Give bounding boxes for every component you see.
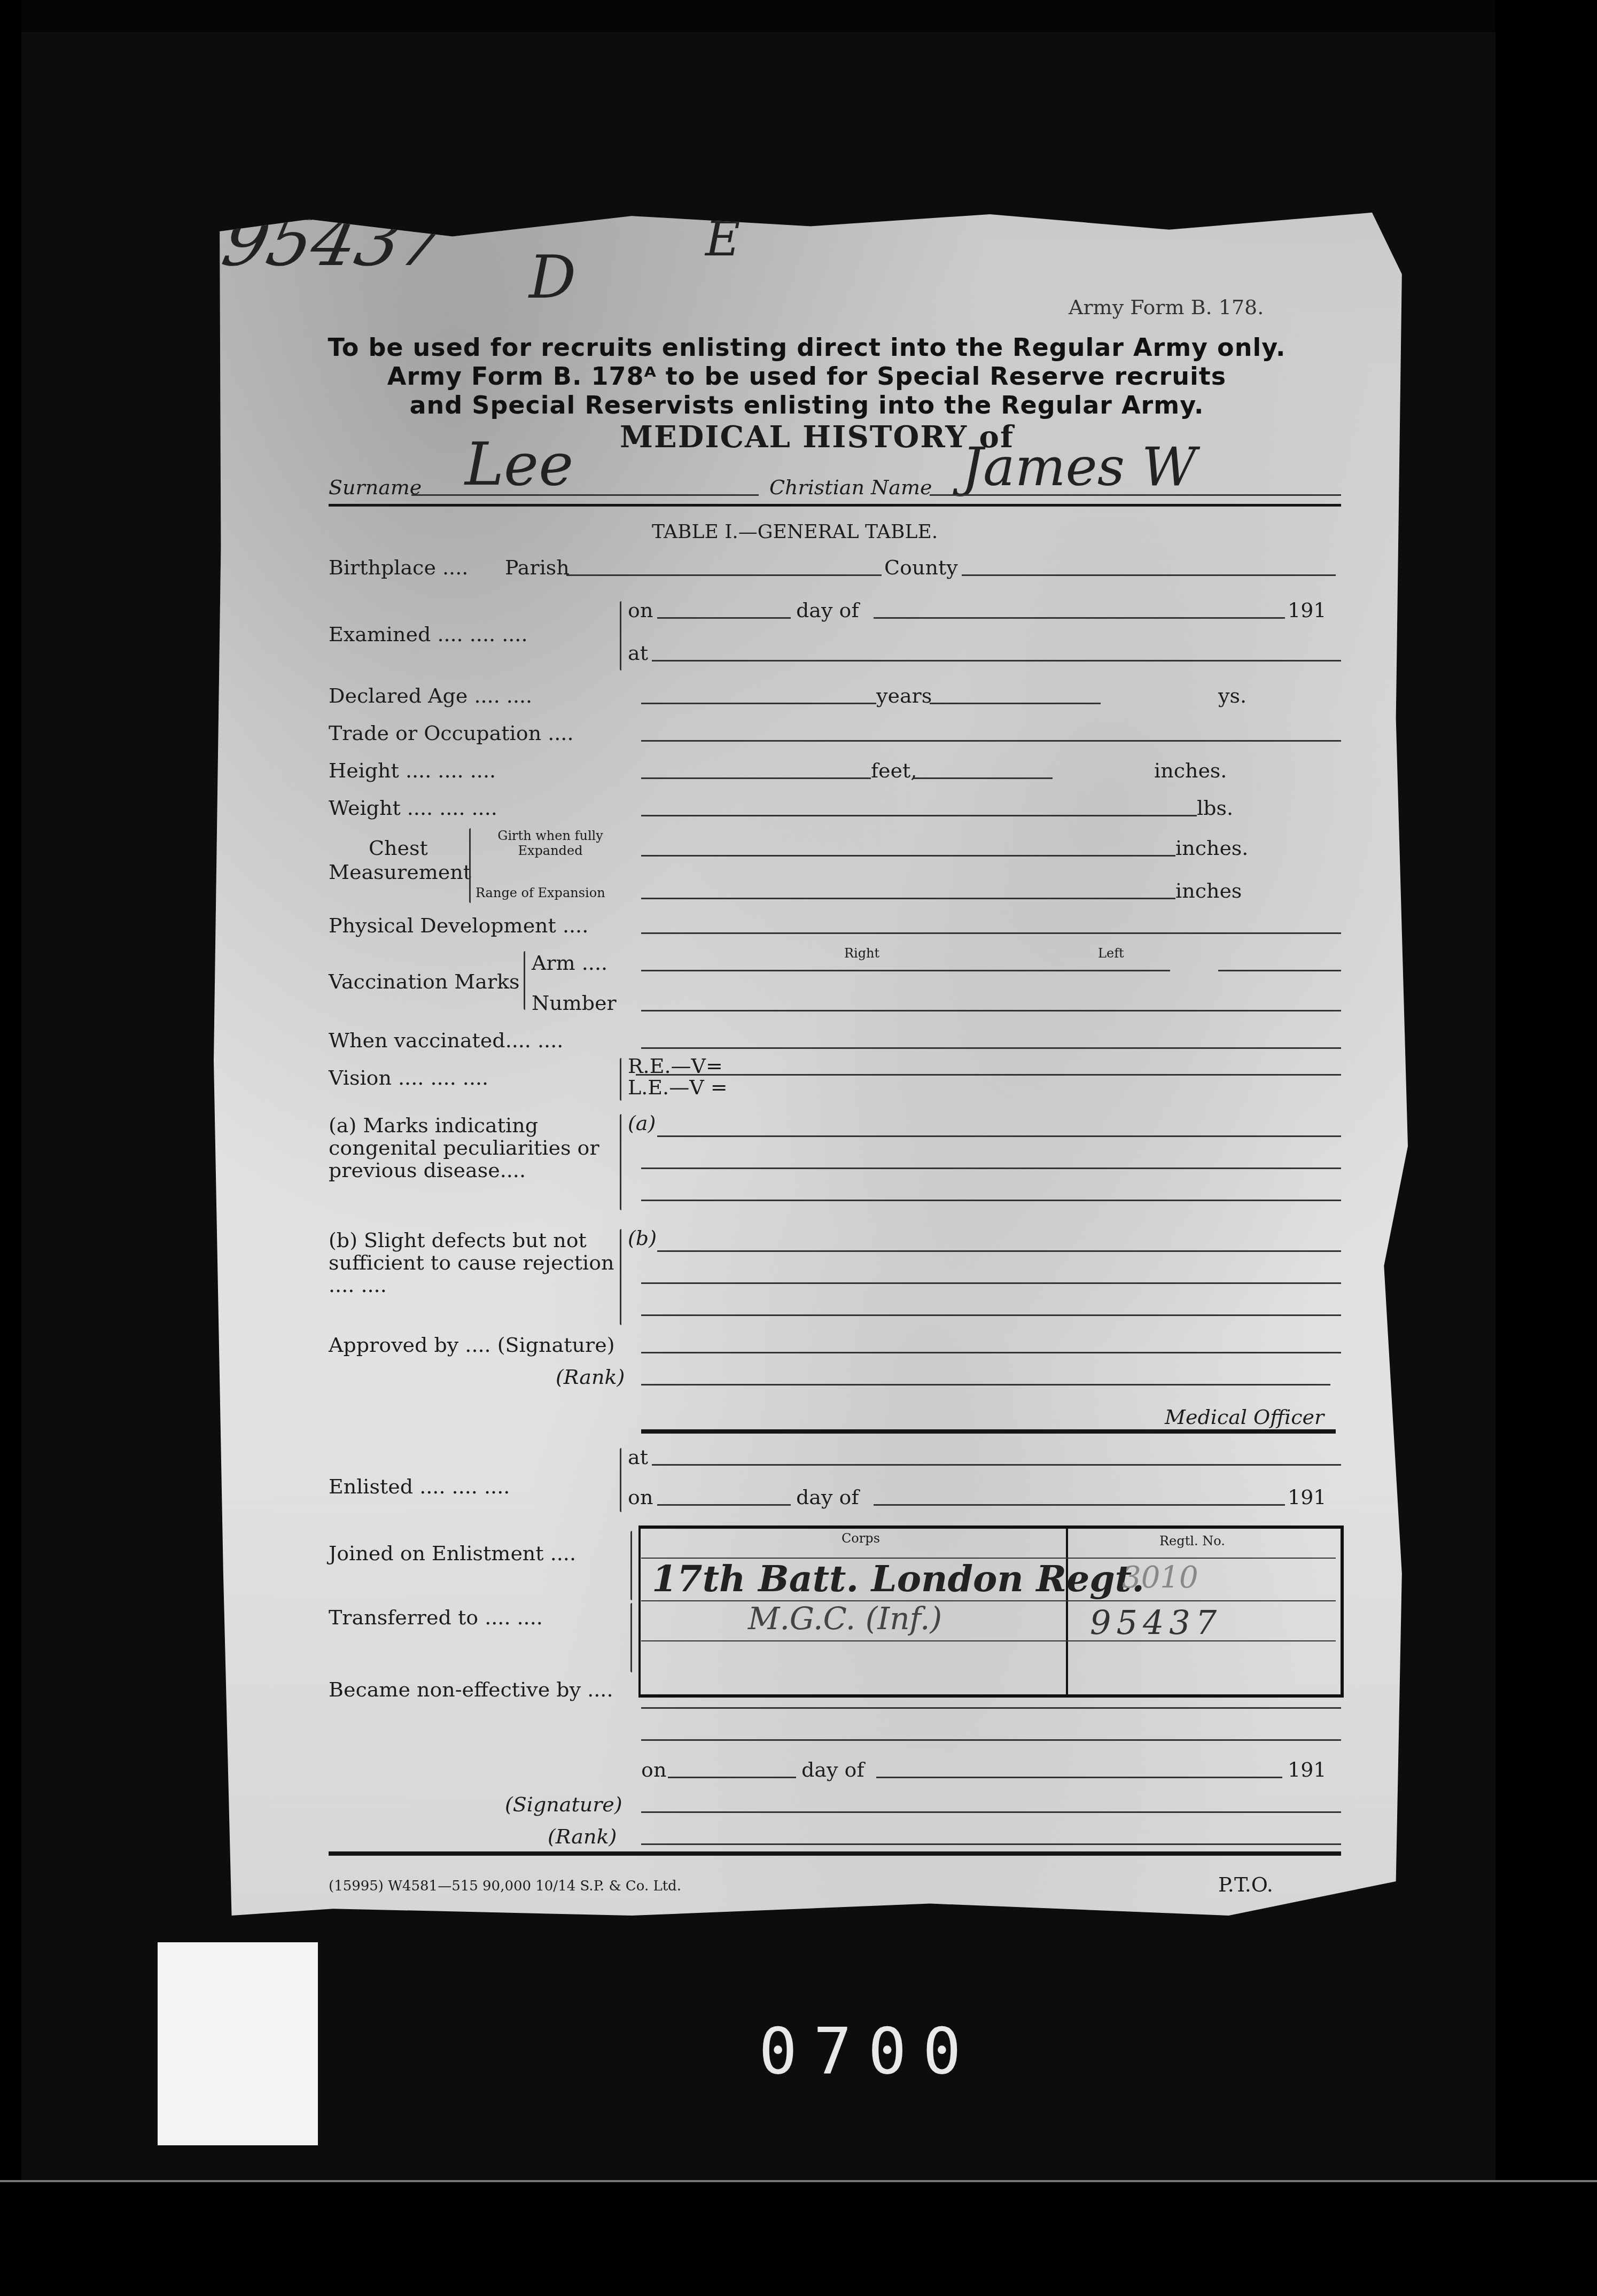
defects-label: (b) Slight defects but not sufficient to… [329,1229,628,1296]
trade-field[interactable] [641,740,1341,742]
weight-label: Weight .... .... .... [329,796,497,820]
arm-label: Arm .... [532,951,607,975]
non-effective-day-of-label: day of [801,1758,864,1781]
film-target-card [158,1942,318,2145]
notice-line-2: Army Form B. 178ᴬ to be used for Special… [272,362,1341,391]
vaccination-arm-left-field[interactable] [1218,970,1341,971]
medical-history-form: 95437 D E Army Form B. 178. To be used f… [214,206,1408,1916]
parish-label: Parish [505,556,570,579]
handwritten-letter-d: D [529,243,576,312]
enlisted-on-label: on [628,1485,653,1509]
marks-label: (a) Marks indicating congenital peculiar… [329,1114,628,1181]
christian-name-label: Christian Name [769,476,932,499]
physical-development-label: Physical Development .... [329,914,588,937]
chest-girth-field[interactable] [641,855,1175,857]
surname-line [411,494,759,496]
frame-number: 0700 [759,2014,977,2089]
non-effective-field-2[interactable] [641,1739,1341,1741]
birthplace-label: Birthplace .... [329,556,468,579]
form-number: Army Form B. 178. [1069,295,1264,319]
notice-line-3: and Special Reservists enlisting into th… [272,391,1341,419]
county-label: County [884,556,958,579]
film-border-top [0,0,1597,32]
examined-on-label: on [628,598,653,622]
enlisted-month-field[interactable] [874,1504,1285,1506]
approved-rank-label: (Rank) [556,1365,625,1389]
joined-brace [630,1531,632,1600]
non-effective-rank-field[interactable] [641,1843,1341,1845]
transferred-brace [630,1603,632,1672]
number-label: Number [532,991,617,1015]
pto-label: P.T.O. [1218,1873,1273,1896]
approved-by-label: Approved by .... (Signature) [329,1333,614,1357]
right-label: Right [844,946,879,961]
surname-label: Surname [329,476,422,499]
corps-table [638,1526,1344,1698]
marks-field-2[interactable] [641,1168,1341,1169]
film-border-left [0,0,21,2296]
examined-year-label: 191 [1288,598,1327,622]
approved-signature-field[interactable] [641,1352,1341,1353]
range-inches-label: inches [1175,879,1242,902]
enlisted-brace [620,1448,621,1512]
when-vaccinated-field[interactable] [641,1047,1341,1049]
parish-field[interactable] [566,574,882,576]
transferred-label: Transferred to .... .... [329,1606,543,1629]
enlisted-day-field[interactable] [657,1504,791,1506]
weight-field[interactable] [641,815,1197,816]
defects-field-2[interactable] [641,1282,1341,1284]
table-heading: TABLE I.—GENERAL TABLE. [652,521,938,543]
defects-marker: (b) [628,1226,657,1250]
header-divider [329,504,1341,507]
enlisted-day-of-label: day of [796,1485,859,1509]
christian-name-line [930,494,1341,496]
non-effective-month-field[interactable] [876,1777,1282,1778]
height-feet-field[interactable] [641,777,871,779]
non-effective-label: Became non-effective by .... [329,1678,613,1701]
right-eye-field[interactable] [636,1074,1341,1076]
surname-value[interactable]: Lee [465,430,573,499]
physical-development-field[interactable] [641,932,1341,934]
non-effective-signature-field[interactable] [641,1811,1341,1813]
age-years-field[interactable] [641,703,876,704]
medical-officer-label: Medical Officer [1165,1405,1324,1429]
examined-at-label: at [628,641,648,665]
examined-brace [620,601,621,671]
inches-label: inches. [1154,759,1227,782]
vaccination-number-field[interactable] [641,1010,1341,1011]
chest-label: Chest [369,836,428,860]
vaccination-arm-right-field[interactable] [641,970,1170,971]
years-label: years [876,684,932,707]
left-eye-label: L.E.—V = [628,1076,728,1099]
vision-brace [620,1058,621,1101]
feet-label: feet, [871,759,917,782]
vision-label: Vision .... .... .... [329,1066,488,1089]
chest-inches-label: inches. [1175,836,1248,860]
examined-month-field[interactable] [874,617,1285,619]
marks-field-1[interactable] [657,1135,1341,1137]
enlisted-label: Enlisted .... .... .... [329,1475,510,1498]
christian-name-value[interactable]: James W [962,435,1197,498]
vaccination-label: Vaccination Marks [329,970,520,993]
corps-table-row-line-3 [641,1640,1336,1641]
enlisted-at-label: at [628,1445,648,1469]
joined-regtl-value[interactable]: 3010 [1122,1560,1198,1595]
chest-brace [469,828,471,903]
defects-field-3[interactable] [641,1314,1341,1316]
age-months-field[interactable] [930,703,1101,704]
non-effective-day-field[interactable] [668,1777,796,1778]
notice-line-1: To be used for recruits enlisting direct… [272,333,1341,362]
printer-imprint: (15995) W4581—515 90,000 10/14 S.P. & Co… [329,1878,681,1894]
transferred-corps-value[interactable]: M.G.C. (Inf.) [748,1600,942,1637]
handwritten-regimental-number: 95437 [216,200,454,282]
examined-day-of-label: day of [796,598,859,622]
defects-brace [620,1229,621,1325]
when-vaccinated-label: When vaccinated.... .... [329,1029,563,1052]
non-effective-signature-label: (Signature) [505,1793,622,1816]
page-title: MEDICAL HISTORY of [620,419,1014,455]
film-border-right [1495,0,1597,2296]
corps-header: Corps [842,1531,880,1546]
non-effective-field-1[interactable] [641,1707,1341,1709]
non-effective-on-label: on [641,1758,666,1781]
defects-field-1[interactable] [657,1250,1341,1252]
marks-field-3[interactable] [641,1200,1341,1201]
examined-day-field[interactable] [657,617,791,619]
marks-brace [620,1114,621,1210]
usage-notice: To be used for recruits enlisting direct… [272,333,1341,419]
marks-marker: (a) [628,1111,656,1135]
left-label: Left [1098,946,1124,961]
handwritten-letter-e: E [705,211,741,267]
non-effective-year-label: 191 [1288,1758,1327,1781]
joined-corps-value[interactable]: 17th Batt. London Regt. [652,1558,1144,1600]
county-field[interactable] [962,574,1336,576]
range-label: Range of Expansion [476,885,605,900]
height-inches-field[interactable] [914,777,1053,779]
non-effective-rank-label: (Rank) [548,1825,617,1848]
lbs-label: lbs. [1197,796,1233,820]
trade-label: Trade or Occupation .... [329,721,574,745]
corps-table-row-line-2 [641,1600,1336,1601]
corps-table-divider [1066,1526,1068,1696]
enlisted-year-label: 191 [1288,1485,1327,1509]
approval-divider [641,1429,1336,1434]
declared-age-label: Declared Age .... .... [329,684,532,707]
examined-label: Examined .... .... .... [329,622,528,646]
examined-at-field[interactable] [652,660,1341,661]
approved-rank-field[interactable] [641,1384,1330,1386]
film-border-bottom [0,2180,1597,2296]
vaccination-brace [524,951,525,1010]
transferred-regtl-value[interactable]: 95437 [1090,1603,1222,1642]
footer-divider [329,1851,1341,1856]
enlisted-at-field[interactable] [652,1464,1341,1466]
chest-range-field[interactable] [641,898,1175,899]
measurement-label: Measurement [329,860,471,884]
joined-label: Joined on Enlistment .... [329,1542,576,1565]
regtl-no-header: Regtl. No. [1159,1534,1225,1548]
months-label: ys. [1218,684,1247,707]
girth-label: Girth when fully Expanded [476,828,625,858]
height-label: Height .... .... .... [329,759,496,782]
